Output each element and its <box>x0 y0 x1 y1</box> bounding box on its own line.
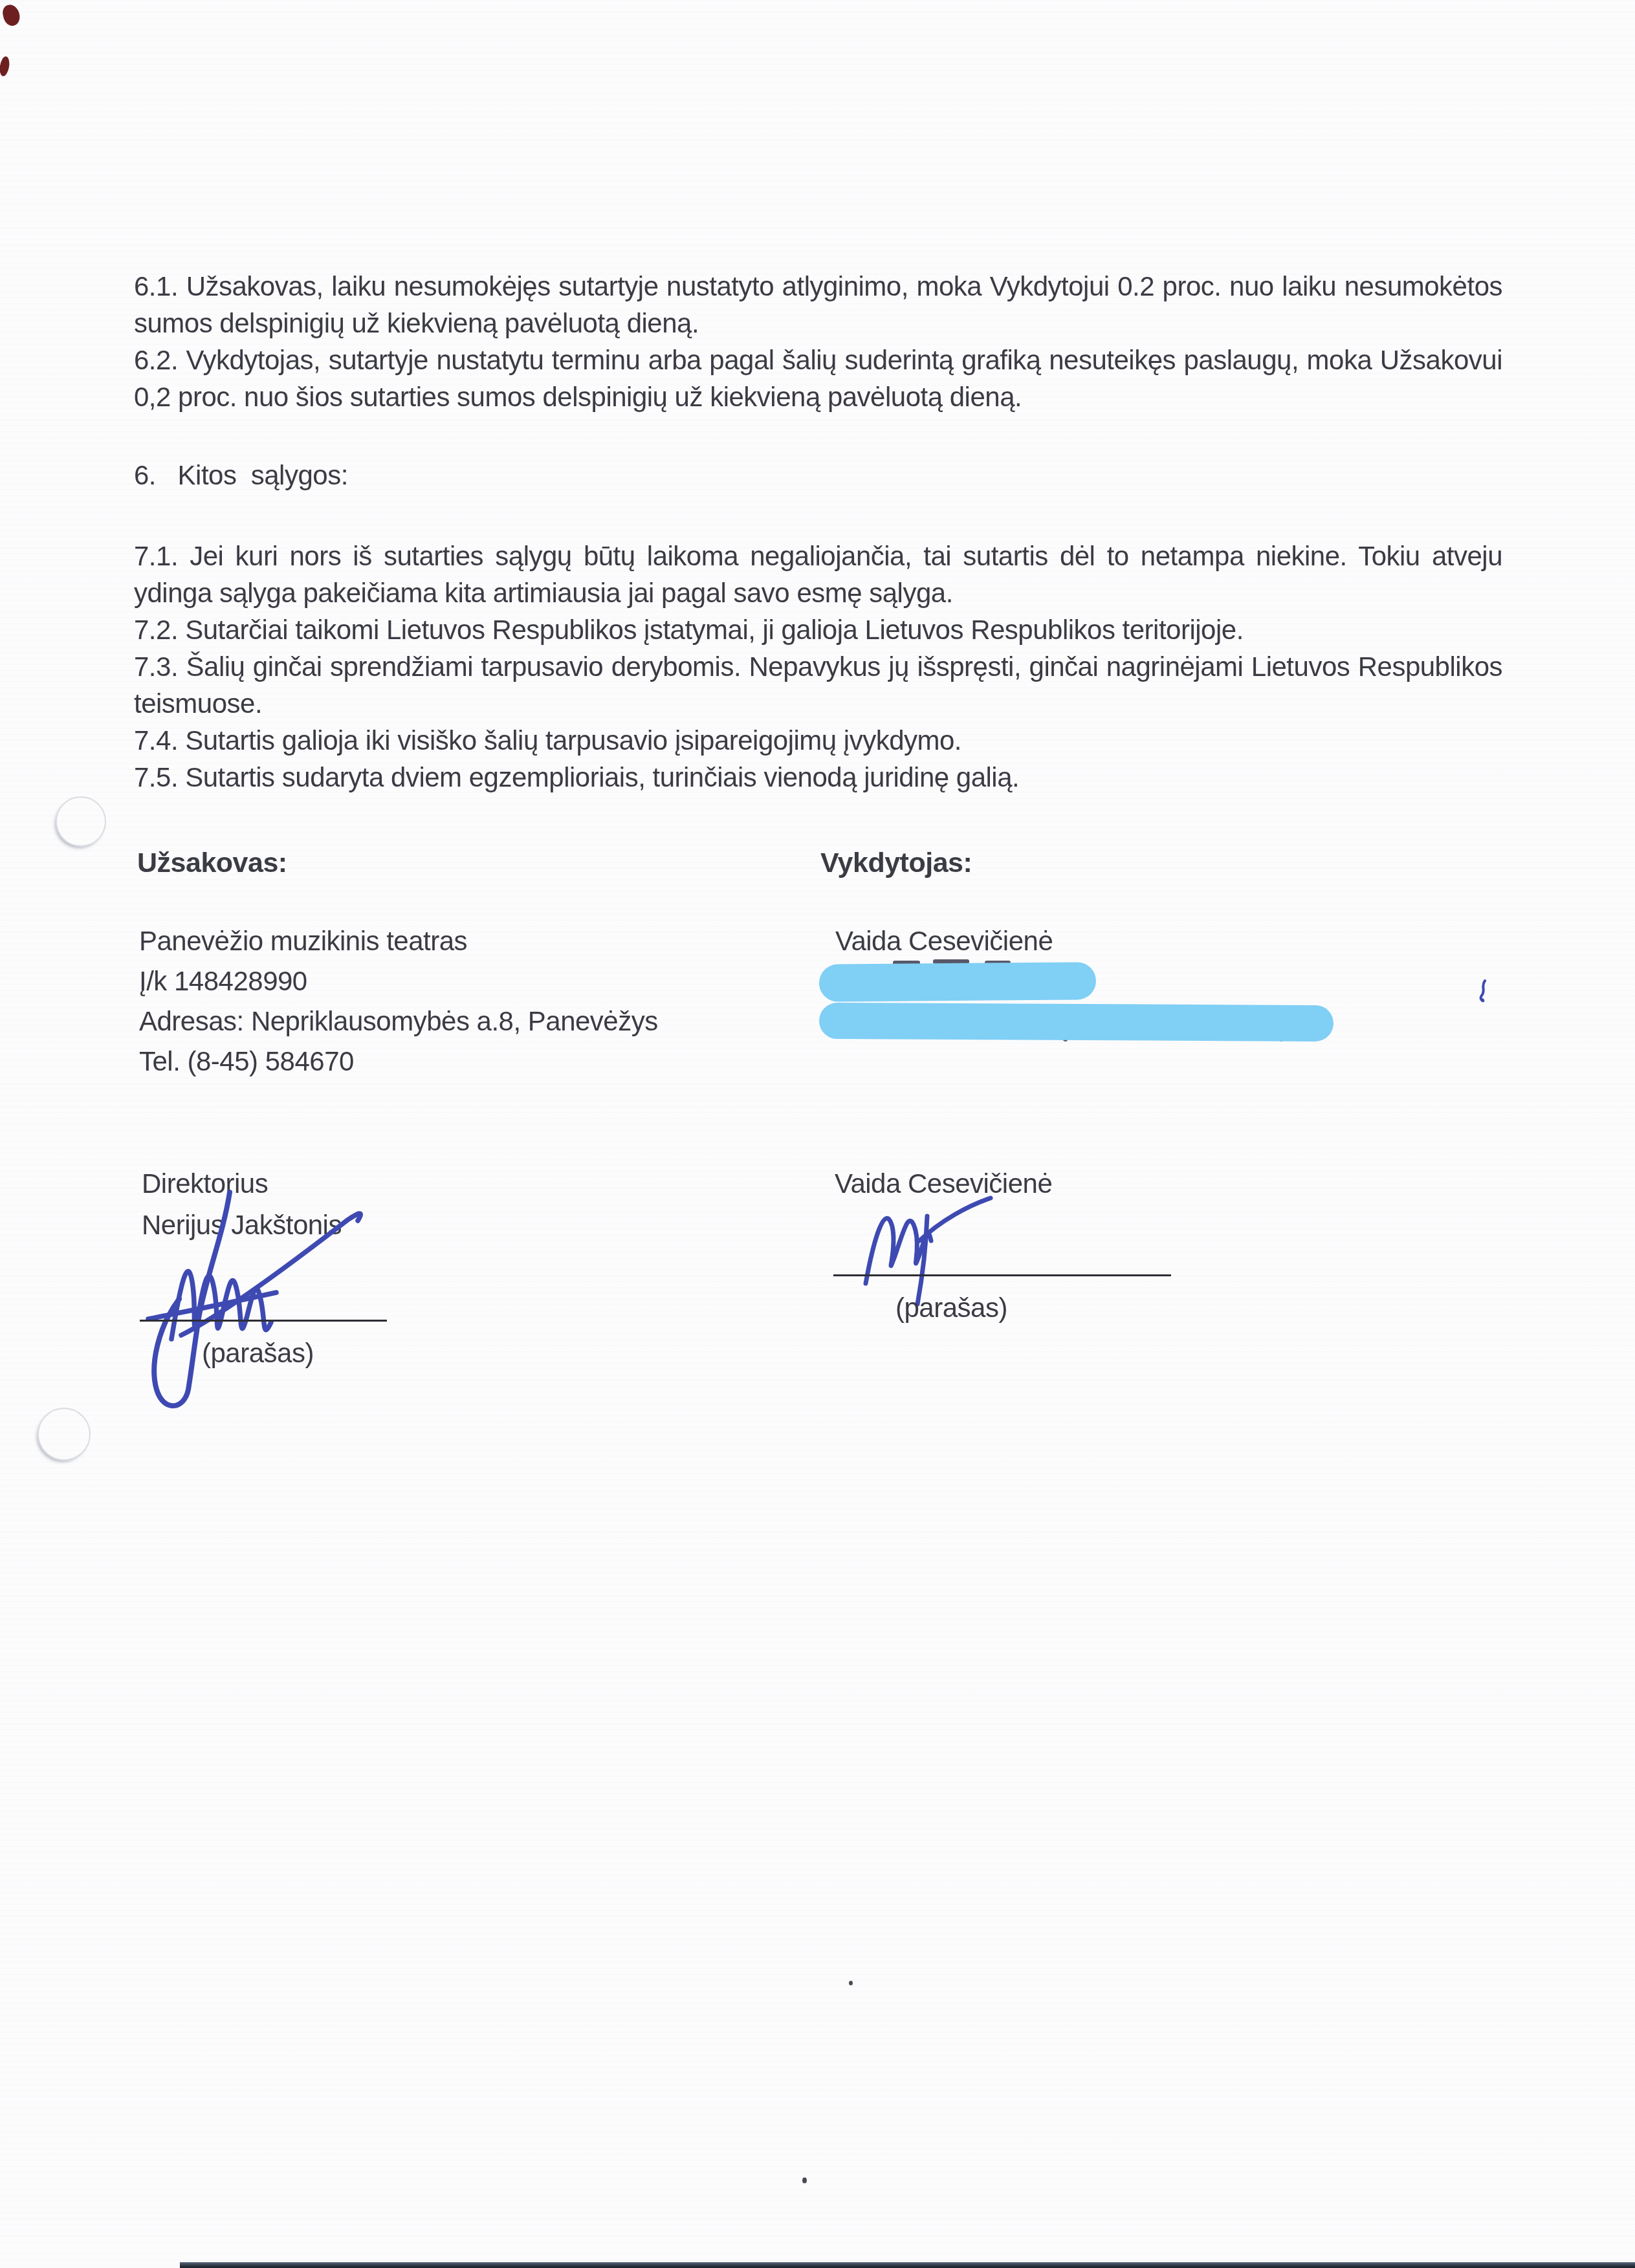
customer-signature-line <box>140 1320 387 1322</box>
clause-6-2: 6.2. Vykdytojas, sutartyje nustatytu ter… <box>134 342 1502 415</box>
redaction-bar <box>819 962 1096 1002</box>
customer-phone: Tel. (8-45) 584670 <box>139 1041 354 1082</box>
clause-7-1: 7.1. Jei kuri nors iš sutarties sąlygų b… <box>134 538 1502 611</box>
scan-speck <box>849 1981 853 1985</box>
customer-signature-caption: (parašas) <box>202 1334 314 1373</box>
contractor-heading: Vykdytojas: <box>820 847 972 879</box>
clause-7-4: 7.4. Sutartis galioja iki visiško šalių … <box>134 722 1502 759</box>
redaction-bar <box>819 1003 1333 1041</box>
scanned-contract-page: 6.1. Užsakovas, laiku nesumokėjęs sutart… <box>0 0 1635 2268</box>
clause-7-5: 7.5. Sutartis sudaryta dviem egzempliori… <box>134 759 1502 796</box>
customer-code: Į/k 148428990 <box>139 961 307 1001</box>
scan-speck <box>802 2177 807 2183</box>
contractor-signature-caption: (parašas) <box>895 1289 1007 1327</box>
punch-hole <box>56 796 106 847</box>
ink-mark <box>1474 978 1493 1008</box>
clause-7-3: 7.3. Šalių ginčai sprendžiami tarpusavio… <box>134 648 1502 722</box>
clause-6-1: 6.1. Užsakovas, laiku nesumokėjęs sutart… <box>134 268 1502 342</box>
customer-name: Panevėžio muzikinis teatras <box>139 921 467 961</box>
scan-corner-mark <box>1 3 21 27</box>
customer-heading: Užsakovas: <box>137 847 287 879</box>
clause-7-2: 7.2. Sutarčiai taikomi Lietuvos Respubli… <box>134 611 1502 648</box>
customer-address: Adresas: Nepriklausomybės a.8, Panevėžys <box>139 1001 658 1041</box>
customer-signature-ink <box>126 1176 385 1415</box>
contractor-signature-line <box>833 1274 1171 1276</box>
contractor-name: Vaida Cesevičienė <box>835 921 1053 961</box>
punch-hole <box>38 1408 91 1461</box>
scan-corner-mark <box>0 56 10 77</box>
section-6-heading: 6. Kitos sąlygos: <box>134 457 348 494</box>
scan-bottom-edge <box>180 2262 1635 2268</box>
